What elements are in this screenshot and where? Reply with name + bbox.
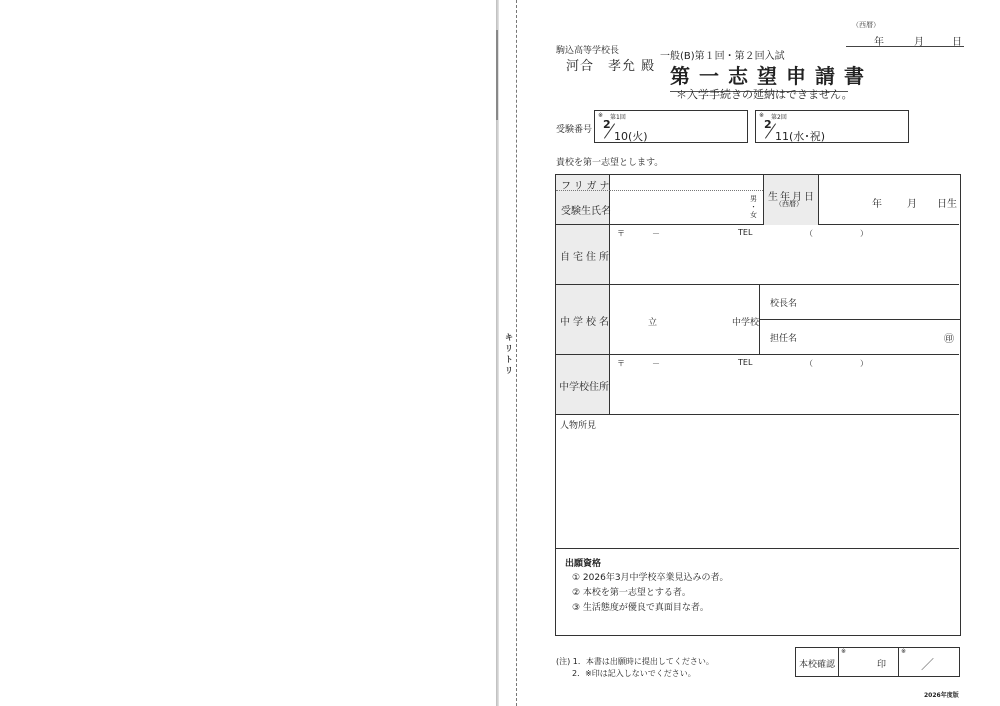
office-confirmation-box: 本校確認 ※ 印 ※ ／ bbox=[795, 647, 960, 677]
note-item: 2．※印は記入しないでください。 bbox=[572, 669, 696, 678]
exam-number-box-round1[interactable]: ※ 第1回 2 10(火) bbox=[594, 110, 748, 143]
school-name-label: 中学校名 bbox=[560, 313, 612, 328]
applicant-name-row: フリガナ 受験生氏名 男 ・ 女 生年月日 （西暦） 年 月 日生 bbox=[556, 175, 959, 225]
note-item: 1．本書は出願時に提出してください。 bbox=[573, 657, 714, 666]
applicant-name-input[interactable] bbox=[610, 191, 750, 224]
seal-icon: ㊞ bbox=[944, 330, 954, 345]
office-confirmation-label: 本校確認 bbox=[799, 657, 835, 670]
year-label: 年 bbox=[874, 33, 884, 48]
application-form-table: フリガナ 受験生氏名 男 ・ 女 生年月日 （西暦） 年 月 日生 自宅住所 〒… bbox=[555, 174, 961, 636]
home-address-row: 自宅住所 〒 － TEL （ ） bbox=[556, 225, 959, 285]
exam-day: 11(水･祝) bbox=[775, 128, 825, 144]
eligibility-title: 出願資格 bbox=[565, 556, 601, 569]
gender-female[interactable]: 女 bbox=[750, 211, 757, 219]
round-label: 第1回 bbox=[610, 112, 626, 121]
dob-input[interactable]: 年 月 日生 bbox=[820, 175, 959, 225]
homeroom-teacher-input[interactable]: 担任名 ㊞ bbox=[760, 320, 960, 355]
tel-label: TEL bbox=[738, 358, 752, 367]
applicant-name-label: 受験生氏名 bbox=[561, 202, 611, 217]
notes: (注) 1．本書は出願時に提出してください。 2．※印は記入しないでください。 bbox=[556, 656, 714, 680]
home-address-input[interactable]: 〒 － TEL （ ） bbox=[610, 225, 959, 285]
deferral-notice: ＊入学手続きの延納はできません。 bbox=[676, 86, 853, 102]
principal-label: 校長名 bbox=[770, 296, 797, 309]
school-name-row: 中学校名 立 中学校 校長名 担任名 ㊞ bbox=[556, 285, 959, 355]
slash-mark: ／ bbox=[921, 654, 934, 673]
seal-label: 印 bbox=[877, 657, 886, 670]
school-address-label: 中学校住所 bbox=[559, 378, 609, 393]
day-label: 日 bbox=[952, 33, 962, 48]
addressee-name: 河合 孝允 殿 bbox=[566, 55, 655, 74]
eligibility-item: ① 2026年3月中学校卒業見込みの者。 bbox=[572, 571, 729, 586]
home-address-label: 自宅住所 bbox=[560, 248, 612, 263]
eligibility-item: ② 本校を第一志望とする者。 bbox=[572, 586, 729, 601]
gender-male[interactable]: 男 bbox=[750, 195, 757, 203]
principal-name-input[interactable]: 校長名 bbox=[760, 285, 960, 319]
gender-selector[interactable]: 男 ・ 女 bbox=[750, 195, 757, 219]
character-assessment-field[interactable]: 人物所見 bbox=[556, 415, 959, 549]
office-date-field[interactable]: ※ ／ bbox=[899, 648, 959, 676]
eligibility-list: ① 2026年3月中学校卒業見込みの者。 ② 本校を第一志望とする者。 ③ 生活… bbox=[572, 571, 729, 616]
blank-left-page bbox=[0, 0, 496, 706]
exam-day: 10(火) bbox=[614, 128, 648, 144]
exam-number-box-round2[interactable]: ※ 第2回 2 11(水･祝) bbox=[755, 110, 909, 143]
declaration-text: 貴校を第一志望とします。 bbox=[556, 155, 663, 168]
cut-line bbox=[516, 0, 517, 706]
office-seal-field[interactable]: ※ 印 bbox=[839, 648, 899, 676]
eligibility-section: 出願資格 ① 2026年3月中学校卒業見込みの者。 ② 本校を第一志望とする者。… bbox=[556, 549, 959, 635]
furigana-input[interactable] bbox=[610, 175, 763, 190]
page-fold bbox=[496, 0, 499, 706]
character-assessment-label: 人物所見 bbox=[560, 418, 596, 431]
tel-label: TEL bbox=[738, 228, 752, 237]
homeroom-teacher-label: 担任名 bbox=[770, 331, 797, 344]
eligibility-item: ③ 生活態度が優良で真面目な者。 bbox=[572, 601, 729, 616]
cut-here-label: キ リ ト リ bbox=[504, 332, 514, 376]
era-note: （西暦） bbox=[852, 20, 880, 30]
notes-prefix: (注) bbox=[556, 657, 570, 666]
edition-label: 2026年度版 bbox=[924, 690, 959, 699]
school-address-input[interactable]: 〒 － TEL （ ） bbox=[610, 355, 959, 415]
round-label: 第2回 bbox=[771, 112, 787, 121]
submission-date-field[interactable]: 年 月 日 bbox=[846, 33, 964, 47]
exam-number-label: 受験番号 bbox=[556, 122, 592, 135]
school-address-row: 中学校住所 〒 － TEL （ ） bbox=[556, 355, 959, 415]
month-label: 月 bbox=[914, 33, 924, 48]
dob-label-cell: 生年月日 （西暦） bbox=[763, 175, 819, 225]
dob-era: （西暦） bbox=[775, 199, 803, 209]
school-name-input[interactable]: 立 中学校 bbox=[610, 285, 759, 355]
